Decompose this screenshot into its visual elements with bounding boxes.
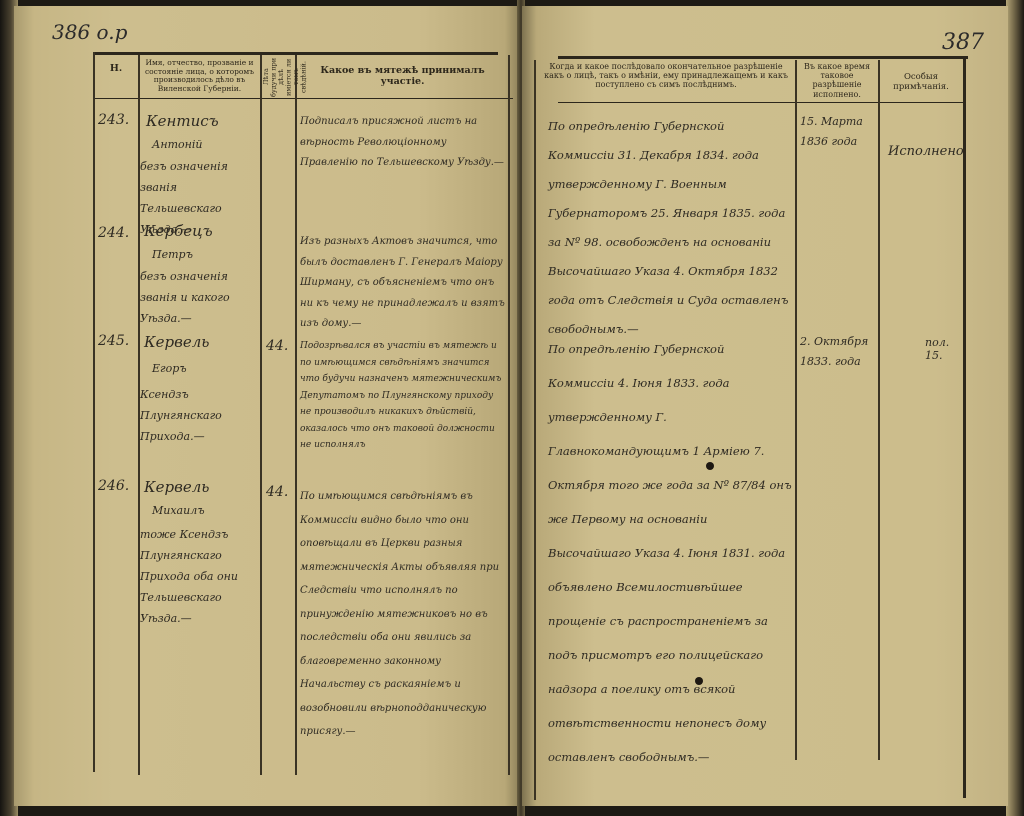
entry-first-name: Петръ xyxy=(152,244,193,265)
entry-surname: Кервель xyxy=(144,333,209,351)
entry-surname: Кербецъ xyxy=(144,222,213,240)
right-border xyxy=(963,58,966,798)
entry-participation: Подписалъ присяжной листъ на вѣрность Ре… xyxy=(300,112,505,174)
entry-status: безъ означенія званія и какого Уѣзда.— xyxy=(140,266,258,329)
header-top-rule xyxy=(558,56,968,59)
entry-note: пол. 15. xyxy=(925,336,955,362)
header-executed: Въ какое время таковое разрѣшеніе исполн… xyxy=(798,62,876,99)
entry-first-name: Антоній xyxy=(152,134,202,155)
column-divider xyxy=(295,55,297,775)
header-resolution: Когда и какое послѣдовало окончательное … xyxy=(540,62,792,90)
book-edge-right xyxy=(1006,0,1024,816)
entry-number: 243. xyxy=(98,112,129,128)
entry-resolution: По опредѣленію Губернской Коммиссіи 31. … xyxy=(548,112,792,344)
entry-number: 245. xyxy=(98,333,129,349)
left-border xyxy=(93,52,95,772)
entry-executed-date: 2. Октября 1833. года xyxy=(800,332,876,372)
entry-participation: Изъ разныхъ Актовъ значится, что былъ до… xyxy=(300,232,505,335)
entry-case-ref: 44. xyxy=(266,338,288,354)
entry-number: 244. xyxy=(98,225,129,241)
header-participation: Какое въ мятежѣ принималъ участіе. xyxy=(300,66,505,88)
header-number: Н. xyxy=(96,64,136,75)
column-divider xyxy=(795,60,797,760)
folio-number-right: 387 xyxy=(942,30,984,55)
entry-first-name: Егоръ xyxy=(152,358,187,379)
entry-surname: Кентисъ xyxy=(146,112,219,130)
header-bottom-rule xyxy=(558,102,963,103)
right-border xyxy=(508,55,510,775)
entry-number: 246. xyxy=(98,478,129,494)
paper-hole xyxy=(695,677,703,685)
entry-note: Исполнено xyxy=(888,144,964,159)
entry-case-ref: 44. xyxy=(266,484,288,500)
header-bottom-rule xyxy=(93,98,513,99)
folio-number-left: 386 o.p xyxy=(52,20,127,44)
entry-resolution: По опредѣленію Губернской Коммиссіи 4. І… xyxy=(548,332,792,774)
entry-status: Ксендзъ Плунгянскаго Прихода.— xyxy=(140,384,258,447)
entry-participation: По имѣющимся свѣдѣніямъ въ Коммиссіи вид… xyxy=(300,485,505,744)
entry-status: тоже Ксендзъ Плунгянскаго Прихода оба он… xyxy=(140,524,258,629)
entry-participation: Подозрѣвался въ участіи въ мятежѣ и по и… xyxy=(300,338,505,454)
header-notes: Особыя примѣчанія. xyxy=(880,73,962,93)
header-case: Лѣта будучи при дѣлѣ иміется ли томъ свѣ… xyxy=(263,57,293,97)
open-ledger: 386 o.p Н. Имя, отчество, прозваніе и со… xyxy=(0,0,1024,816)
paper-hole xyxy=(706,462,714,470)
entry-surname: Кервель xyxy=(144,478,209,496)
entry-executed-date: 15. Марта 1836 года xyxy=(800,112,876,152)
entry-first-name: Михаилъ xyxy=(152,500,205,521)
left-border xyxy=(534,60,536,800)
header-person: Имя, отчество, прозваніе и состояніе лиц… xyxy=(141,59,258,94)
column-divider xyxy=(878,60,880,760)
column-divider xyxy=(260,55,262,775)
